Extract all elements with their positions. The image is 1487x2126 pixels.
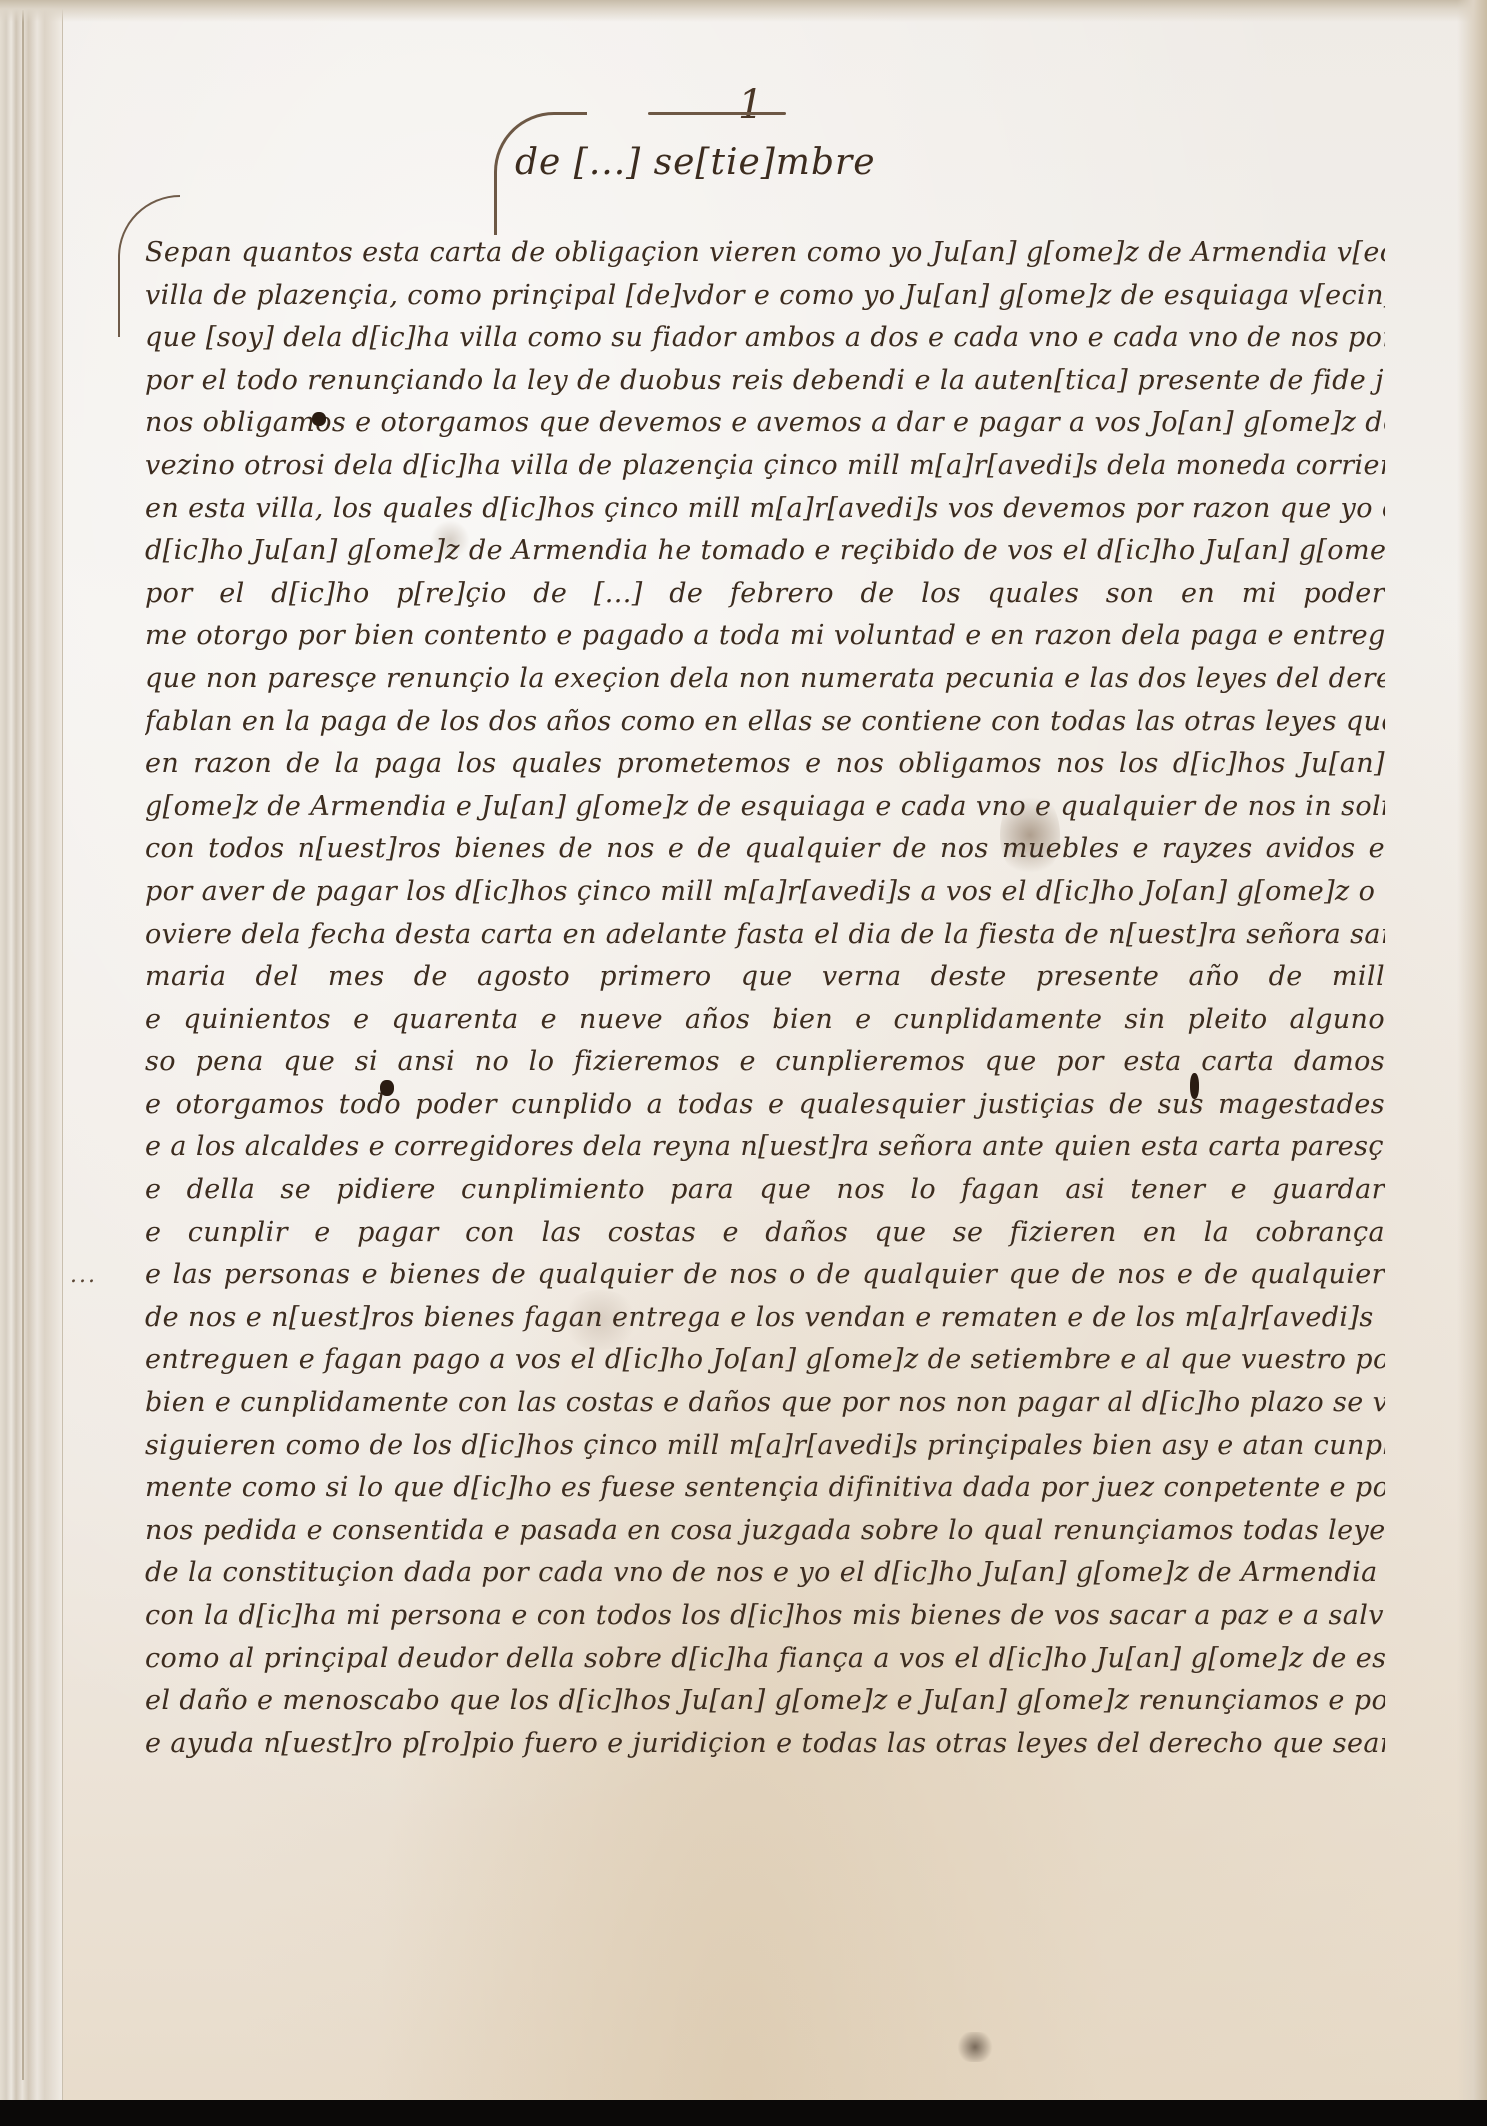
text-line: con todos n[uest]ros bienes de nos e de …: [145, 828, 1385, 871]
text-line: nos pedida e consentida e pasada en cosa…: [145, 1510, 1385, 1553]
text-line: por aver de pagar los d[ic]hos çinco mil…: [145, 871, 1385, 914]
text-line: e las personas e bienes de qualquier de …: [145, 1254, 1385, 1297]
text-line: siguieren como de los d[ic]hos çinco mil…: [145, 1425, 1385, 1468]
text-line: oviere dela fecha desta carta en adelant…: [145, 914, 1385, 957]
text-line: por el d[ic]ho p[re]çio de [...] de febr…: [145, 573, 1385, 616]
scan-background: [0, 2100, 1487, 2126]
text-line: con la d[ic]ha mi persona e con todos lo…: [145, 1595, 1385, 1638]
text-line: so pena que si ansi no lo fizieremos e c…: [145, 1041, 1385, 1084]
text-line: el daño e menoscabo que los d[ic]hos Ju[…: [145, 1680, 1385, 1723]
text-line: de la constituçion dada por cada vno de …: [145, 1552, 1385, 1595]
text-line: nos obligamos e otorgamos que devemos e …: [145, 402, 1385, 445]
text-line: e quinientos e quarenta e nueve años bie…: [145, 999, 1385, 1042]
ink-blot: [380, 1080, 394, 1096]
text-line: que [soy] dela d[ic]ha villa como su fia…: [145, 317, 1385, 360]
text-line: mente como si lo que d[ic]ho es fuese se…: [145, 1467, 1385, 1510]
text-line: fablan en la paga de los dos años como e…: [145, 701, 1385, 744]
ink-blot: [1190, 1073, 1199, 1099]
text-line: me otorgo por bien contento e pagado a t…: [145, 615, 1385, 658]
text-line: g[ome]z de Armendia e Ju[an] g[ome]z de …: [145, 786, 1385, 829]
folio-rule: [648, 112, 786, 115]
right-page-edge: [1457, 0, 1487, 2100]
margin-mark: ...: [70, 1263, 97, 1288]
text-line: que non paresçe renunçio la exeçion dela…: [145, 658, 1385, 701]
text-line: e cunplir e pagar con las costas e daños…: [145, 1212, 1385, 1255]
manuscript-page: 1 de [...] se[tie]mbre ... Sepan quantos…: [0, 0, 1487, 2103]
folio-number: 1: [738, 82, 763, 128]
text-line: en razon de la paga los quales prometemo…: [145, 743, 1385, 786]
top-page-edge: [0, 0, 1487, 22]
manuscript-body: Sepan quantos esta carta de obligaçion v…: [145, 232, 1385, 1765]
text-line: villa de plazençia, como prinçipal [de]v…: [145, 275, 1385, 318]
text-line: como al prinçipal deudor della sobre d[i…: [145, 1638, 1385, 1681]
text-line: e ayuda n[uest]ro p[ro]pio fuero e jurid…: [145, 1723, 1385, 1766]
binding-edge: [0, 0, 63, 2100]
text-line: e a los alcaldes e corregidores dela rey…: [145, 1126, 1385, 1169]
text-line: maria del mes de agosto primero que vern…: [145, 956, 1385, 999]
text-line: bien e cunplidamente con las costas e da…: [145, 1382, 1385, 1425]
text-line: vezino otrosi dela d[ic]ha villa de plaz…: [145, 445, 1385, 488]
document-heading: de [...] se[tie]mbre: [515, 142, 876, 183]
ink-blot: [312, 412, 326, 426]
text-line: en esta villa, los quales d[ic]hos çinco…: [145, 488, 1385, 531]
text-line: de nos e n[uest]ros bienes fagan entrega…: [145, 1297, 1385, 1340]
text-line: e della se pidiere cunplimiento para que…: [145, 1169, 1385, 1212]
text-line: entreguen e fagan pago a vos el d[ic]ho …: [145, 1339, 1385, 1382]
text-line: Sepan quantos esta carta de obligaçion v…: [145, 232, 1385, 275]
text-line: d[ic]ho Ju[an] g[ome]z de Armendia he to…: [145, 530, 1385, 573]
foxing-spot: [955, 2032, 995, 2062]
text-line: por el todo renunçiando la ley de duobus…: [145, 360, 1385, 403]
text-line: e otorgamos todo poder cunplido a todas …: [145, 1084, 1385, 1127]
